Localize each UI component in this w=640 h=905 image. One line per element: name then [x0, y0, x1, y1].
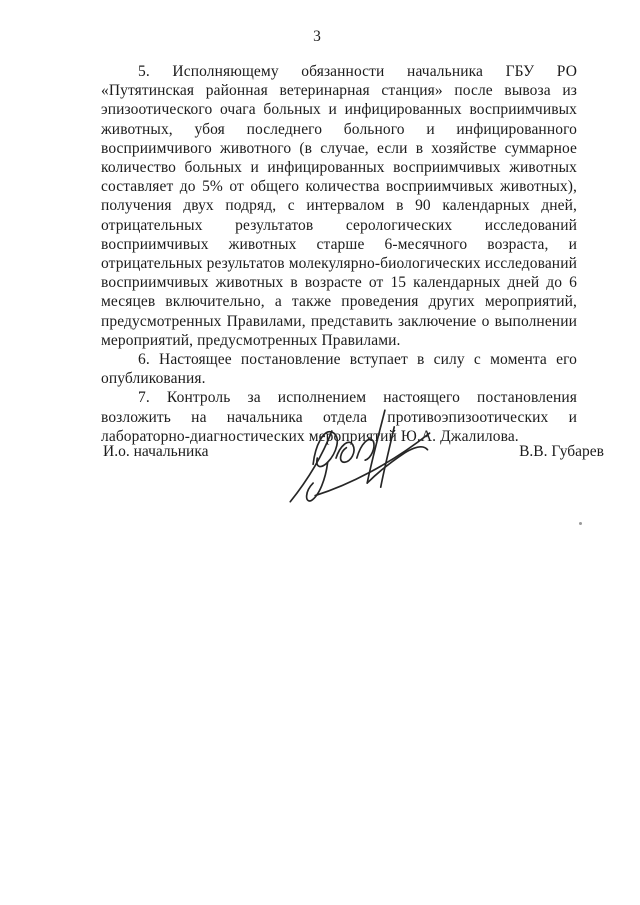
- page-number: 3: [79, 27, 555, 46]
- signature-stroke: [367, 447, 427, 483]
- paragraph-item-5: 5. Исполняющему обязанности начальника Г…: [101, 62, 577, 350]
- handwritten-signature-icon: [284, 403, 440, 509]
- signature-stroke: [357, 439, 374, 460]
- signature-stroke: [336, 442, 354, 462]
- document-page: 3 5. Исполняющему обязанности начальника…: [0, 0, 640, 905]
- signature-stroke: [315, 433, 429, 495]
- signature-stroke: [313, 432, 337, 467]
- paragraph-item-6: 6. Настоящее постановление вступает в си…: [101, 350, 577, 388]
- signee-name: В.В. Губарев: [519, 442, 604, 461]
- document-body: 3 5. Исполняющему обязанности начальника…: [101, 27, 577, 446]
- scan-artifact-speck: [579, 522, 582, 525]
- signature-stroke: [381, 427, 395, 487]
- acting-head-label: И.о. начальника: [103, 442, 209, 461]
